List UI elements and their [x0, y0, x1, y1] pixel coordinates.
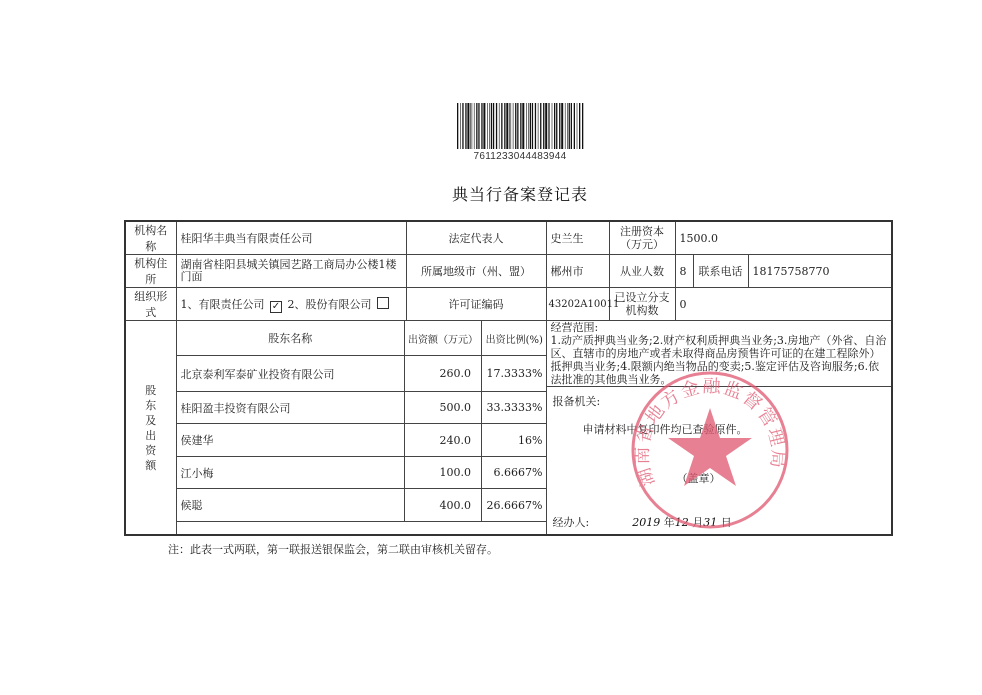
seal-label: （盖章）	[677, 470, 721, 486]
month-suffix: 月	[692, 516, 703, 529]
shareholder-name: 北京泰利军泰矿业投资有限公司	[177, 356, 405, 391]
shareholder-row: 桂阳盈丰投资有限公司500.033.3333%	[177, 391, 547, 423]
handler-label: 经办人:	[553, 516, 590, 529]
legal-rep-value: 史兰生	[546, 221, 609, 255]
year-suffix: 年	[664, 516, 675, 529]
org-name-label: 机构名称	[125, 221, 176, 255]
amount-header: 出资额（万元）	[405, 321, 482, 356]
shareholder-name: 侯建华	[177, 424, 405, 456]
barcode	[455, 103, 585, 149]
empty-row	[177, 521, 547, 534]
address-value: 湖南省桂阳县城关镇园艺路工商局办公楼1楼门面	[176, 255, 406, 288]
business-scope-text: 1.动产质押典当业务;2.财产权利质押典当业务;3.房地产（外省、自治区、直辖市…	[551, 334, 888, 386]
llc-checkbox[interactable]: ✓	[270, 301, 282, 313]
day-suffix: 日	[721, 516, 732, 529]
reg-capital-label: 注册资本（万元）	[609, 221, 675, 255]
document-title: 典当行备案登记表	[400, 182, 640, 205]
filing-authority-cell: 报备机关: 申请材料中复印件均已查验原件。 （盖章） 经办人: 2019 年12…	[546, 387, 892, 536]
reg-capital-value: 1500.0	[675, 221, 892, 255]
shareholder-ratio: 17.3333%	[482, 356, 547, 391]
license-value: 43202A10011	[546, 288, 609, 321]
org-form-option-jsc: 2、股份有限公司	[288, 298, 372, 311]
shareholder-amount: 100.0	[405, 456, 482, 488]
address-label: 机构住所	[125, 255, 176, 288]
shareholder-name: 桂阳盈丰投资有限公司	[177, 391, 405, 423]
date-day: 31	[703, 516, 717, 529]
shareholder-amount: 400.0	[405, 489, 482, 521]
org-name-value: 桂阳华丰典当有限责任公司	[176, 221, 406, 255]
employees-value: 8	[675, 255, 693, 288]
shareholder-name: 江小梅	[177, 456, 405, 488]
shareholder-name: 候聪	[177, 489, 405, 521]
ratio-header: 出资比例(%)	[482, 321, 547, 356]
shareholder-ratio: 6.6667%	[482, 456, 547, 488]
shareholder-name-header: 股东名称	[177, 321, 405, 356]
city-value: 郴州市	[546, 255, 609, 288]
legal-rep-label: 法定代表人	[406, 221, 546, 255]
phone-label: 联系电话	[693, 255, 748, 288]
date-month: 12	[675, 516, 689, 529]
shareholders-label: 股东及出资额	[125, 321, 176, 536]
registration-form: 机构名称 桂阳华丰典当有限责任公司 法定代表人 史兰生 注册资本（万元） 150…	[124, 220, 893, 536]
shareholder-ratio: 33.3333%	[482, 391, 547, 423]
org-form-label: 组织形式	[125, 288, 176, 321]
shareholder-row: 北京泰利军泰矿业投资有限公司260.017.3333%	[177, 356, 547, 391]
date-year: 2019	[632, 516, 660, 529]
filing-authority-label: 报备机关:	[553, 393, 886, 409]
shareholder-row: 侯建华240.016%	[177, 424, 547, 456]
phone-value: 18175758770	[748, 255, 892, 288]
shareholders-table-cell: 股东名称 出资额（万元） 出资比例(%) 北京泰利军泰矿业投资有限公司260.0…	[176, 321, 546, 536]
license-label: 许可证编码	[406, 288, 546, 321]
business-scope: 经营范围: 1.动产质押典当业务;2.财产权利质押典当业务;3.房地产（外省、自…	[546, 321, 892, 387]
filing-note: 申请材料中复印件均已查验原件。	[583, 421, 886, 437]
org-form-options: 1、有限责任公司 ✓ 2、股份有限公司	[176, 288, 406, 321]
shareholders-table: 股东名称 出资额（万元） 出资比例(%) 北京泰利军泰矿业投资有限公司260.0…	[177, 321, 547, 534]
shareholder-row: 江小梅100.06.6667%	[177, 456, 547, 488]
branches-value: 0	[675, 288, 892, 321]
shareholder-row: 候聪400.026.6667%	[177, 489, 547, 521]
shareholder-amount: 260.0	[405, 356, 482, 391]
footnote: 注：此表一式两联，第一联报送银保监会，第二联由审核机关留存。	[168, 541, 498, 557]
org-form-option-llc: 1、有限责任公司	[181, 298, 265, 311]
handler-line: 经办人: 2019 年12 月31 日	[553, 514, 732, 530]
jsc-checkbox[interactable]	[377, 297, 389, 309]
employees-label: 从业人数	[609, 255, 675, 288]
barcode-number: 7611233044483944	[455, 151, 585, 162]
shareholder-ratio: 16%	[482, 424, 547, 456]
shareholder-amount: 240.0	[405, 424, 482, 456]
shareholder-amount: 500.0	[405, 391, 482, 423]
city-label: 所属地级市（州、盟）	[406, 255, 546, 288]
shareholder-ratio: 26.6667%	[482, 489, 547, 521]
business-scope-label: 经营范围:	[551, 321, 888, 334]
